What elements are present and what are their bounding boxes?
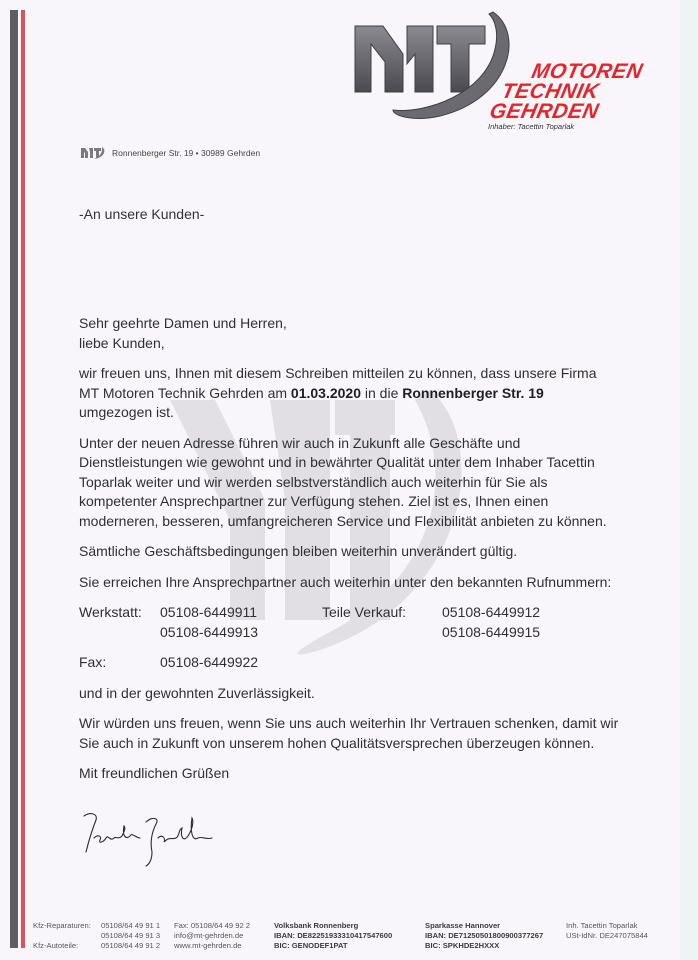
sender-address-line: Ronnenberger Str. 19 • 30989 Gehrden [80,146,260,160]
p1-text-c: umgezogen ist. [79,404,174,420]
footer-bank-2: Sparkasse Hannover IBAN: DE7125050180090… [425,921,543,951]
phone-list: Werkstatt: 05108-6449911 Teile Verkauf: … [79,603,619,642]
recipient-line: -An unsere Kunden- [79,206,204,222]
paragraph-contacts: Sie erreichen Ihre Ansprechpartner auch … [79,573,619,593]
letter-body: Sehr geehrte Damen und Herren, liebe Kun… [79,314,619,795]
bank-1-name: Volksbank Ronnenberg [274,921,392,931]
footer-website-link[interactable]: www.mt-gehrden.de [174,941,250,951]
page-edge [680,0,698,960]
new-address: Ronnenberger Str. 19 [402,385,544,401]
teile-label: Teile Verkauf: [322,603,442,623]
teile-phone-1: 05108-6449912 [442,603,582,623]
footer-labels: Kfz-Reparaturen: Kfz-Autoteile: [33,921,91,951]
footer-owner-name: Inh. Tacettin Toparlak [566,921,648,931]
fax-number: 05108-6449922 [160,653,320,673]
decorative-red-bar [21,10,25,948]
brand-line-gehrden: GEHRDEN [488,101,601,122]
bank-1-iban: IBAN: DE82251933310417547600 [274,931,392,941]
paragraph-move-announcement: wir freuen uns, Ihnen mit diesem Schreib… [79,364,619,423]
teile-phone-2: 05108-6449915 [442,623,582,643]
footer-fax: Fax: 05108/64 49 92 2 [174,921,250,931]
bank-2-name: Sparkasse Hannover [425,921,543,931]
fax-label: Fax: [79,653,160,673]
bank-2-iban: IBAN: DE71250501800900377267 [425,931,543,941]
footer-contact: Fax: 05108/64 49 92 2 info@mt-gehrden.de… [174,921,250,951]
footer-label-repair: Kfz-Reparaturen: [33,921,91,931]
footer-bank-1: Volksbank Ronnenberg IBAN: DE82251933310… [274,921,392,951]
sender-address: Ronnenberger Str. 19 • 30989 Gehrden [112,148,260,158]
footer-label-parts: Kfz-Autoteile: [33,941,91,951]
footer-owner: Inh. Tacettin Toparlak USt-IdNr. DE24707… [566,921,648,941]
signature-icon [80,808,220,868]
bank-2-bic: BIC: SPKHDE2HXXX [425,941,543,951]
brand-line-technik: TECHNIK [500,81,601,102]
werkstatt-phone-1: 05108-6449911 [160,603,322,623]
p1-text-b: in die [361,385,402,401]
move-date: 01.03.2020 [291,385,361,401]
owner-line: Inhaber: Tacettin Toparlak [488,122,574,131]
footer-phone-2: 05108/64 49 91 3 [101,931,160,941]
closing: Mit freundlichen Grüßen [79,764,619,784]
bank-1-bic: BIC: GENODEF1PAT [274,941,392,951]
paragraph-reliability: und in der gewohnten Zuverlässigkeit. [79,684,619,704]
footer-phones: 05108/64 49 91 1 05108/64 49 91 3 05108/… [101,921,160,951]
salutation: Sehr geehrte Damen und Herren, liebe Kun… [79,314,619,353]
footer-phone-1: 05108/64 49 91 1 [101,921,160,931]
salutation-line-1: Sehr geehrte Damen und Herren, [79,315,287,331]
paragraph-trust: Wir würden uns freuen, wenn Sie uns auch… [79,714,619,753]
werkstatt-phone-2: 05108-6449913 [160,623,322,643]
fax-row: Fax: 05108-6449922 [79,653,619,673]
brand-line-motoren: MOTOREN [530,61,645,82]
decorative-grey-bar [10,10,18,948]
footer-email-link[interactable]: info@mt-gehrden.de [174,931,250,941]
salutation-line-2: liebe Kunden, [79,335,165,351]
mt-mini-logo-icon [80,146,106,160]
paragraph-services: Unter der neuen Adresse führen wir auch … [79,434,619,532]
footer-phone-3: 05108/64 49 91 2 [101,941,160,951]
paragraph-terms: Sämtliche Geschäftsbedingungen bleiben w… [79,542,619,562]
werkstatt-label: Werkstatt: [79,603,160,623]
footer-vat-id: USt-IdNr. DE247075844 [566,931,648,941]
